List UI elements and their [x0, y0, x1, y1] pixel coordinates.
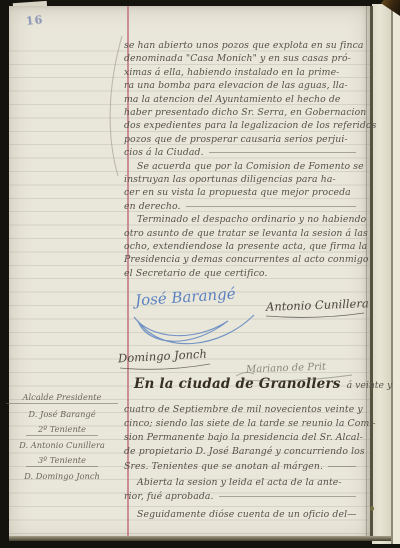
manuscript-line: el Secretario de que certifico.: [124, 268, 356, 279]
manuscript-line: Terminado el despacho ordinario y no hab…: [124, 214, 356, 225]
right-column-rule: [366, 6, 367, 541]
manuscript-line: otro asunto de que tratar se levanta la …: [124, 228, 356, 239]
manuscript-line: dos expedientes para la legalizacion de …: [124, 120, 356, 131]
pencil-signature-swash: [236, 368, 356, 382]
margin-attendee-title: Alcalde Presidente: [6, 392, 118, 404]
signature-flourish: [128, 303, 263, 345]
manuscript-line: Presidencia y demas concurrentes al acto…: [124, 254, 356, 265]
manuscript-line: Abierta la sesion y leida el acta de la …: [124, 477, 356, 488]
margin-attendee-title: 2º Teniente: [26, 424, 98, 436]
manuscript-line: cios á la Ciudad.: [124, 147, 356, 158]
manuscript-line: de propietario D. José Barangé y concurr…: [124, 446, 356, 457]
scanned-minutes-page: 16 se han abierto unos pozos que explota…: [0, 0, 400, 548]
manuscript-line: ocho, extendiendose la presente acta, qu…: [124, 241, 356, 252]
manuscript-line: pozos que de prosperar causaria serios p…: [124, 134, 356, 145]
margin-attendee-name: D. Antonio Cunillera: [6, 440, 118, 450]
manuscript-line: instruyan las oportunas diligencias para…: [124, 174, 356, 185]
paper-blemish: [370, 506, 374, 511]
manuscript-line: en derecho.: [124, 201, 356, 212]
manuscript-line: Sres. Tenientes que se anotan al márgen.: [124, 461, 356, 472]
manuscript-line: haber presentado dicho Sr. Serra, en Gob…: [124, 107, 356, 118]
manuscript-line: se han abierto unos pozos que explota en…: [124, 40, 356, 51]
manuscript-line: cer en su vista la propuesta que mejor p…: [124, 187, 356, 198]
margin-attendee-name: D. Domingo Jonch: [6, 471, 118, 481]
page-bottom-edge: [9, 536, 391, 541]
fore-edge-line: [391, 3, 393, 544]
manuscript-line: ma la atencion del Ayuntamiento el hecho…: [124, 94, 356, 105]
manuscript-line: ra una bomba para elevacion de las aguas…: [124, 80, 356, 91]
manuscript-line: cinco; siendo las siete de la tarde se r…: [124, 418, 356, 429]
margin-attendee-name: D. José Barangé: [6, 409, 118, 419]
signature-underline: [118, 362, 213, 371]
margin-attendee-title: 3º Teniente: [26, 455, 98, 467]
outer-page-strip: [393, 3, 400, 544]
manuscript-line: Seguidamente dióse cuenta de un oficio d…: [124, 509, 356, 520]
manuscript-line: ximas á ella, habiendo instalado en la p…: [124, 67, 356, 78]
manuscript-line: Se acuerda que por la Comision de Foment…: [124, 161, 356, 172]
manuscript-line: sion Permanente bajo la presidencia del …: [124, 432, 356, 443]
manuscript-line: denominada "Casa Monich" y en sus casas …: [124, 53, 356, 64]
manuscript-line: cuatro de Septiembre de mil novecientos …: [124, 404, 356, 415]
next-page-fore-edge: [372, 4, 391, 544]
signature-underline: [266, 311, 366, 319]
page-edge-line: [370, 6, 373, 541]
page-number-stamp: 16: [25, 13, 44, 28]
manuscript-line: rior, fué aprobada.: [124, 491, 356, 502]
